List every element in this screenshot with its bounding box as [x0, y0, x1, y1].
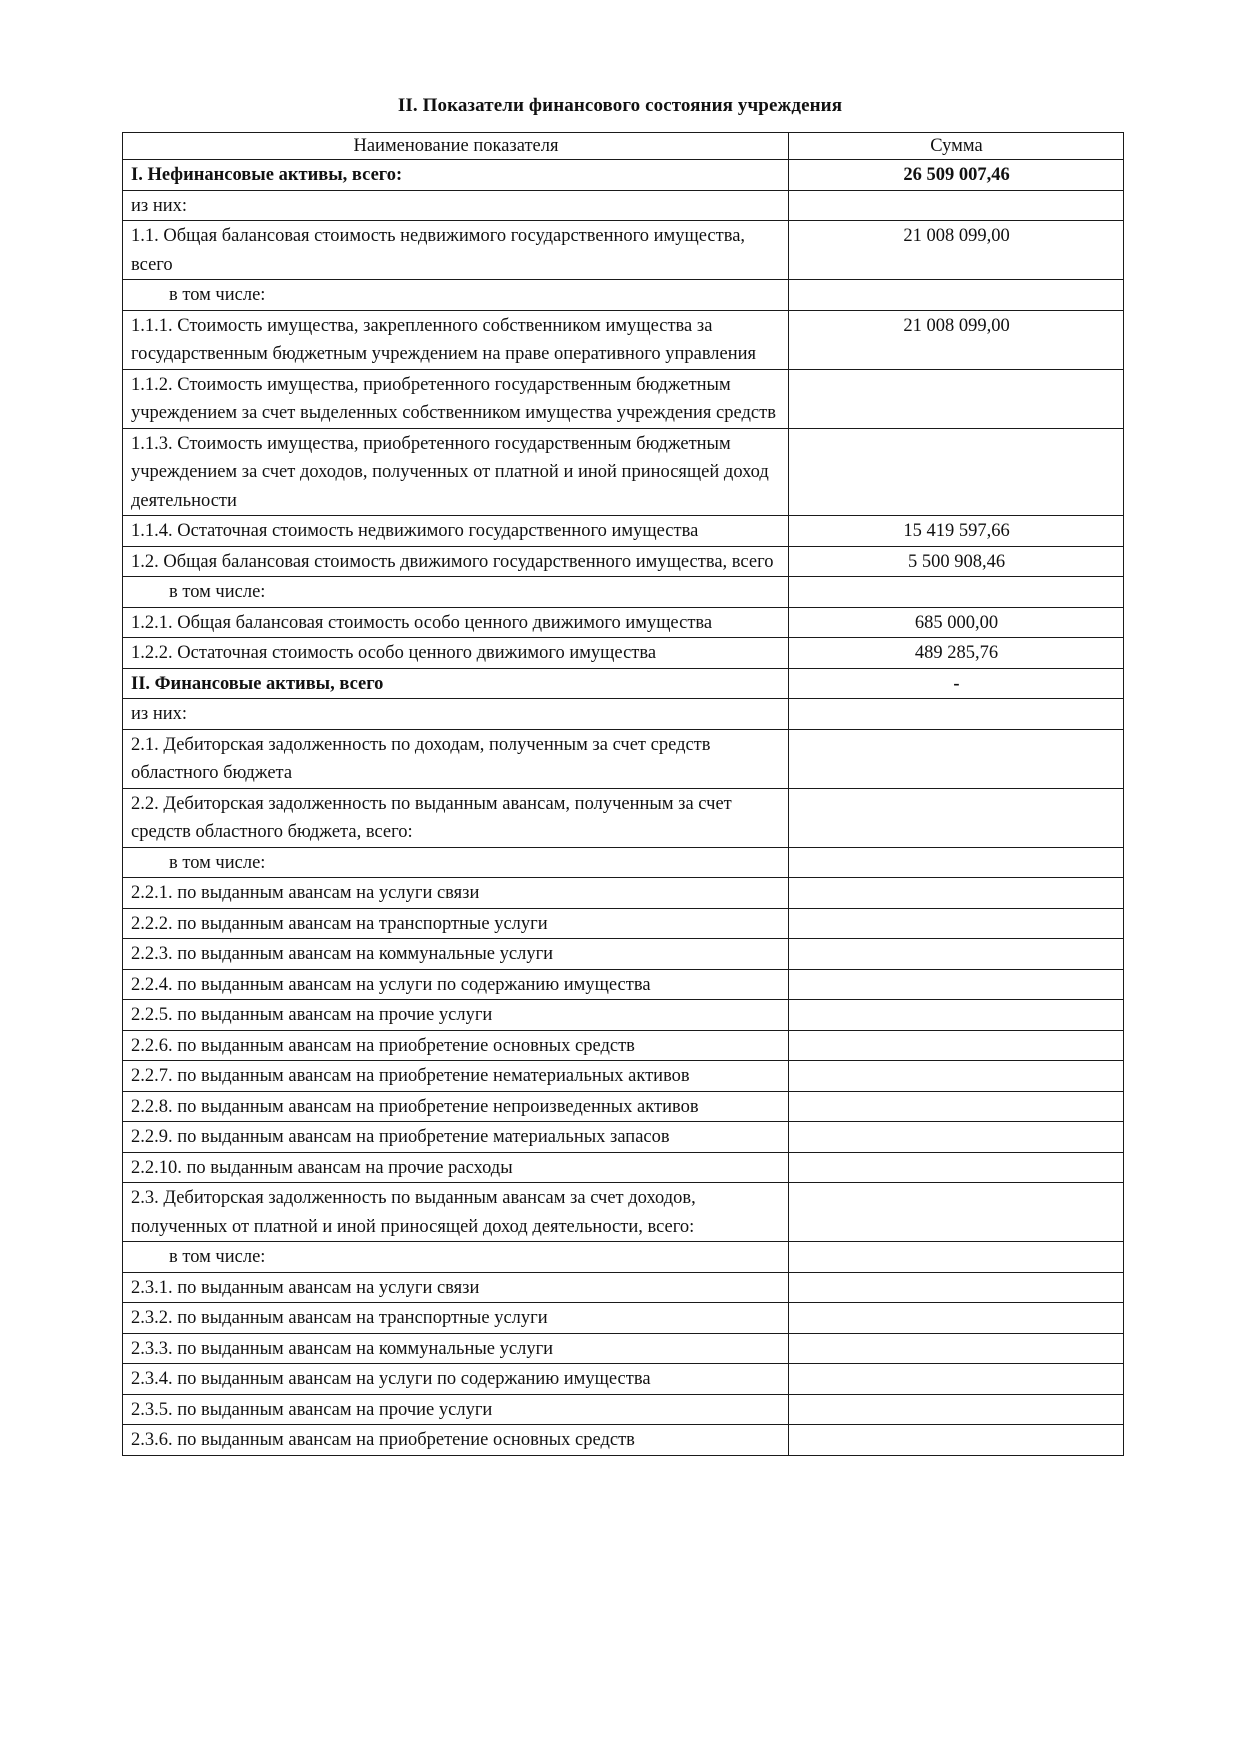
indicator-name-cell: 2.3.6. по выданным авансам на приобретен…	[123, 1425, 789, 1456]
table-row: 2.2.8. по выданным авансам на приобретен…	[123, 1091, 1124, 1122]
amount-cell	[789, 577, 1124, 608]
table-row: 2.3. Дебиторская задолженность по выданн…	[123, 1183, 1124, 1242]
table-row: 2.2.10. по выданным авансам на прочие ра…	[123, 1152, 1124, 1183]
indicator-name-cell: 2.3.5. по выданным авансам на прочие усл…	[123, 1394, 789, 1425]
page-title: II. Показатели финансового состояния учр…	[0, 95, 1240, 117]
table-row: 1.1.1. Стоимость имущества, закрепленног…	[123, 310, 1124, 369]
amount-cell: 15 419 597,66	[789, 516, 1124, 547]
amount-cell	[789, 1183, 1124, 1242]
table-row: 2.2.2. по выданным авансам на транспортн…	[123, 908, 1124, 939]
indicator-name-cell: 2.3.4. по выданным авансам на услуги по …	[123, 1364, 789, 1395]
indicator-name-cell: 1.1. Общая балансовая стоимость недвижим…	[123, 221, 789, 280]
indicator-name-cell: в том числе:	[123, 1242, 789, 1273]
amount-cell	[789, 1122, 1124, 1153]
indicator-name-cell: в том числе:	[123, 847, 789, 878]
indicator-name-cell: 2.2.10. по выданным авансам на прочие ра…	[123, 1152, 789, 1183]
indicator-name-cell: 1.1.2. Стоимость имущества, приобретенно…	[123, 369, 789, 428]
amount-cell	[789, 190, 1124, 221]
amount-cell: 21 008 099,00	[789, 221, 1124, 280]
amount-cell	[789, 699, 1124, 730]
table-row: 1.1.4. Остаточная стоимость недвижимого …	[123, 516, 1124, 547]
table-row: 2.2.7. по выданным авансам на приобретен…	[123, 1061, 1124, 1092]
indicator-name-cell: 2.3.3. по выданным авансам на коммунальн…	[123, 1333, 789, 1364]
amount-cell	[789, 1364, 1124, 1395]
indicator-name-cell: 2.2.9. по выданным авансам на приобретен…	[123, 1122, 789, 1153]
indicator-name-cell: 1.2. Общая балансовая стоимость движимог…	[123, 546, 789, 577]
column-header-name: Наименование показателя	[123, 133, 789, 160]
indicator-name-cell: 2.2.5. по выданным авансам на прочие усл…	[123, 1000, 789, 1031]
table-row: 2.3.5. по выданным авансам на прочие усл…	[123, 1394, 1124, 1425]
amount-cell	[789, 847, 1124, 878]
table-row: I. Нефинансовые активы, всего:26 509 007…	[123, 160, 1124, 191]
indicator-name-cell: из них:	[123, 699, 789, 730]
table-row: 2.2.1. по выданным авансам на услуги свя…	[123, 878, 1124, 909]
table-row: 2.3.6. по выданным авансам на приобретен…	[123, 1425, 1124, 1456]
table-row: в том числе:	[123, 280, 1124, 311]
indicator-name-cell: в том числе:	[123, 280, 789, 311]
amount-cell	[789, 369, 1124, 428]
table-row: 2.2.4. по выданным авансам на услуги по …	[123, 969, 1124, 1000]
indicator-name-cell: 2.2.2. по выданным авансам на транспортн…	[123, 908, 789, 939]
table-row: 2.2.5. по выданным авансам на прочие усл…	[123, 1000, 1124, 1031]
amount-cell	[789, 729, 1124, 788]
amount-cell	[789, 1030, 1124, 1061]
table-row: из них:	[123, 190, 1124, 221]
amount-cell	[789, 878, 1124, 909]
indicator-name-cell: 1.2.2. Остаточная стоимость особо ценног…	[123, 638, 789, 669]
amount-cell	[789, 1303, 1124, 1334]
table-row: 2.2.6. по выданным авансам на приобретен…	[123, 1030, 1124, 1061]
table-row: II. Финансовые активы, всего-	[123, 668, 1124, 699]
financial-indicators-table: Наименование показателя Сумма I. Нефинан…	[122, 132, 1124, 1456]
table-row: 1.1.3. Стоимость имущества, приобретенно…	[123, 428, 1124, 516]
amount-cell	[789, 939, 1124, 970]
indicator-name-cell: 1.2.1. Общая балансовая стоимость особо …	[123, 607, 789, 638]
indicator-name-cell: 2.2.4. по выданным авансам на услуги по …	[123, 969, 789, 1000]
table-header-row: Наименование показателя Сумма	[123, 133, 1124, 160]
amount-cell	[789, 1061, 1124, 1092]
indicator-name-cell: 2.2.8. по выданным авансам на приобретен…	[123, 1091, 789, 1122]
indicator-name-cell: 2.3. Дебиторская задолженность по выданн…	[123, 1183, 789, 1242]
table-row: 2.3.4. по выданным авансам на услуги по …	[123, 1364, 1124, 1395]
indicator-name-cell: в том числе:	[123, 577, 789, 608]
amount-cell	[789, 1394, 1124, 1425]
amount-cell	[789, 1091, 1124, 1122]
amount-cell	[789, 908, 1124, 939]
indicator-name-cell: 2.1. Дебиторская задолженность по дохода…	[123, 729, 789, 788]
table-row: 1.1.2. Стоимость имущества, приобретенно…	[123, 369, 1124, 428]
indicator-name-cell: 2.2.3. по выданным авансам на коммунальн…	[123, 939, 789, 970]
indicator-name-cell: 2.2.1. по выданным авансам на услуги свя…	[123, 878, 789, 909]
indicator-name-cell: 1.1.3. Стоимость имущества, приобретенно…	[123, 428, 789, 516]
indicator-name-cell: 2.3.1. по выданным авансам на услуги свя…	[123, 1272, 789, 1303]
column-header-sum: Сумма	[789, 133, 1124, 160]
table-row: 2.3.3. по выданным авансам на коммунальн…	[123, 1333, 1124, 1364]
amount-cell	[789, 280, 1124, 311]
amount-cell	[789, 1333, 1124, 1364]
table-row: 2.2.9. по выданным авансам на приобретен…	[123, 1122, 1124, 1153]
indicator-name-cell: 2.2.6. по выданным авансам на приобретен…	[123, 1030, 789, 1061]
amount-cell: -	[789, 668, 1124, 699]
table-row: в том числе:	[123, 1242, 1124, 1273]
indicator-name-cell: 2.2. Дебиторская задолженность по выданн…	[123, 788, 789, 847]
table-row: 2.2.3. по выданным авансам на коммунальн…	[123, 939, 1124, 970]
table-row: из них:	[123, 699, 1124, 730]
indicator-name-cell: 1.1.4. Остаточная стоимость недвижимого …	[123, 516, 789, 547]
amount-cell	[789, 969, 1124, 1000]
indicator-name-cell: I. Нефинансовые активы, всего:	[123, 160, 789, 191]
table-body: I. Нефинансовые активы, всего:26 509 007…	[123, 160, 1124, 1456]
table-row: 2.1. Дебиторская задолженность по дохода…	[123, 729, 1124, 788]
table-row: 2.3.2. по выданным авансам на транспортн…	[123, 1303, 1124, 1334]
amount-cell: 489 285,76	[789, 638, 1124, 669]
amount-cell	[789, 1425, 1124, 1456]
table-row: 2.2. Дебиторская задолженность по выданн…	[123, 788, 1124, 847]
indicator-name-cell: II. Финансовые активы, всего	[123, 668, 789, 699]
amount-cell	[789, 1152, 1124, 1183]
indicator-name-cell: 1.1.1. Стоимость имущества, закрепленног…	[123, 310, 789, 369]
table-row: 2.3.1. по выданным авансам на услуги свя…	[123, 1272, 1124, 1303]
amount-cell	[789, 1272, 1124, 1303]
amount-cell: 26 509 007,46	[789, 160, 1124, 191]
table-row: 1.2. Общая балансовая стоимость движимог…	[123, 546, 1124, 577]
amount-cell: 5 500 908,46	[789, 546, 1124, 577]
indicator-name-cell: 2.2.7. по выданным авансам на приобретен…	[123, 1061, 789, 1092]
amount-cell	[789, 788, 1124, 847]
indicator-name-cell: из них:	[123, 190, 789, 221]
indicator-name-cell: 2.3.2. по выданным авансам на транспортн…	[123, 1303, 789, 1334]
table-row: в том числе:	[123, 577, 1124, 608]
table-row: 1.2.2. Остаточная стоимость особо ценног…	[123, 638, 1124, 669]
amount-cell: 21 008 099,00	[789, 310, 1124, 369]
amount-cell: 685 000,00	[789, 607, 1124, 638]
table-row: в том числе:	[123, 847, 1124, 878]
table-row: 1.1. Общая балансовая стоимость недвижим…	[123, 221, 1124, 280]
amount-cell	[789, 1000, 1124, 1031]
amount-cell	[789, 1242, 1124, 1273]
table-row: 1.2.1. Общая балансовая стоимость особо …	[123, 607, 1124, 638]
amount-cell	[789, 428, 1124, 516]
